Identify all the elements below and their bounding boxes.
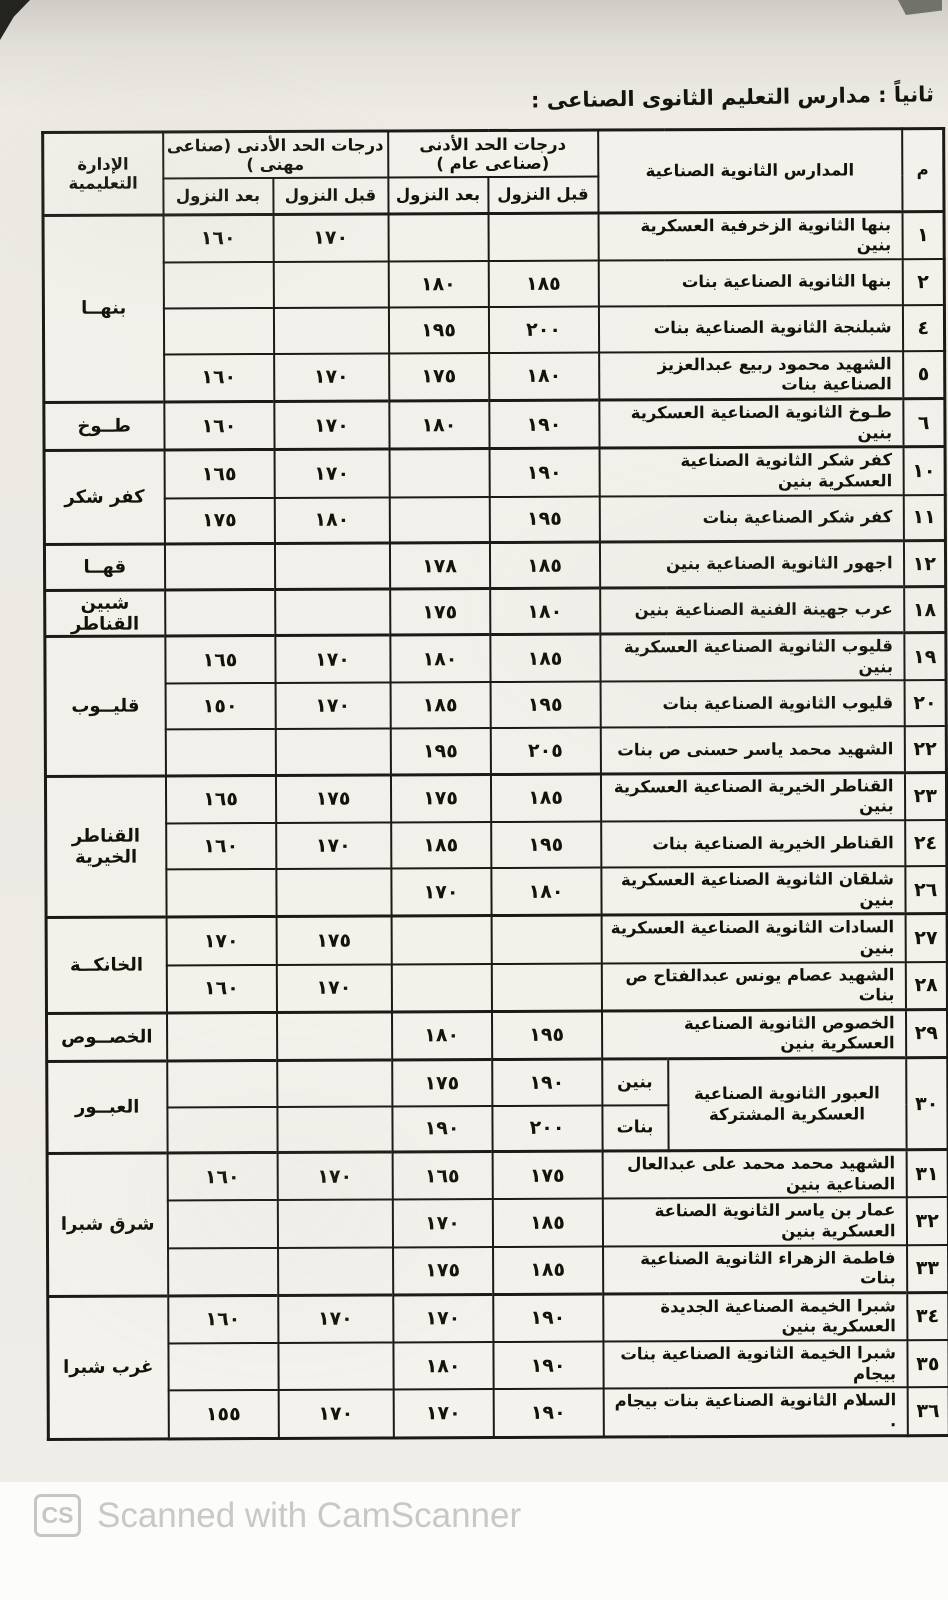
score-general-after-cell xyxy=(391,916,491,964)
score-vocational-before-cell: ١٧٠ xyxy=(275,635,390,683)
score-general-before-cell: ١٩٥ xyxy=(492,1011,602,1060)
school-name-cell: القناطر الخيرية الصناعية بنات xyxy=(601,820,905,867)
score-general-before-cell xyxy=(491,963,601,1011)
row-number-cell: ١٠ xyxy=(903,447,945,495)
score-general-before-cell: ١٩٠ xyxy=(493,1389,603,1437)
score-general-before-cell: ١٩٠ xyxy=(493,1342,603,1390)
score-general-after-cell: ١٨٥ xyxy=(390,682,490,728)
score-vocational-before-cell: ١٨٠ xyxy=(274,497,389,544)
table-row: ٣٤شبرا الخيمة الصناعية الجديدة العسكرية … xyxy=(48,1292,948,1344)
score-general-after-cell: ١٩٥ xyxy=(390,728,490,774)
admin-name-cell: الخصــوص xyxy=(46,1013,166,1062)
row-number-cell: ٢٧ xyxy=(905,914,947,962)
score-general-after-cell: ١٧٥ xyxy=(390,589,490,635)
score-vocational-after-cell xyxy=(164,543,274,589)
school-name-cell: عرب جهينة الفنية الصناعية بنين xyxy=(600,587,904,634)
table-row: ٢٦شلقان الثانوية الصناعية العسكرية بنين١… xyxy=(46,866,947,918)
row-number-cell: ٣٤ xyxy=(907,1292,948,1340)
score-vocational-before-cell: ١٧٠ xyxy=(277,1152,392,1200)
camscanner-footer: CS Scanned with CamScanner xyxy=(34,1494,521,1537)
score-general-after-cell: ١٨٠ xyxy=(393,1342,493,1390)
section-title: ثانياً : مدارس التعليم الثانوى الصناعى : xyxy=(454,82,934,114)
school-name-cell: طـوخ الثانوية الصناعية العسكرية بنين xyxy=(599,399,903,449)
score-general-before-cell: ١٨٥ xyxy=(489,542,599,588)
score-vocational-after-cell: ١٦٥ xyxy=(164,450,274,498)
row-number-cell: ٣٠ xyxy=(906,1058,948,1150)
score-vocational-before-cell xyxy=(277,1200,392,1248)
table-row: ٣٢عمار بن ياسر الثانوية الصناعة العسكرية… xyxy=(47,1197,948,1248)
score-general-after-cell: ١٧٠ xyxy=(392,1199,492,1247)
score-general-before-cell: ٢٠٠ xyxy=(492,1105,602,1151)
school-name-cell: شلقان الثانوية الصناعية العسكرية بنين xyxy=(601,866,905,915)
scan-artifact-top-right xyxy=(898,0,942,15)
score-vocational-after-cell: ١٦٠ xyxy=(163,214,273,262)
col-header-vocational-after: بعد النزول xyxy=(163,178,273,214)
row-number-cell: ٢٢ xyxy=(904,726,946,772)
row-number-cell: ٢٣ xyxy=(904,772,946,820)
score-general-after-cell xyxy=(389,449,489,497)
score-vocational-after-cell xyxy=(167,1060,277,1106)
score-general-before-cell: ٢٠٠ xyxy=(488,306,598,352)
table-row: ٣٥شبرا الخيمة الثانوية الصناعية بنات بيج… xyxy=(48,1340,948,1391)
score-vocational-after-cell: ١٦٠ xyxy=(168,1295,278,1343)
score-vocational-before-cell: ١٧٠ xyxy=(274,353,389,401)
school-name-cell: العبور الثانوية الصناعية العسكرية المشتر… xyxy=(668,1058,906,1151)
score-vocational-after-cell: ١٧٠ xyxy=(166,917,276,965)
table-row: ١١كفر شكر الصناعية بنات١٩٥١٨٠١٧٥ xyxy=(44,495,945,545)
col-header-schools: المدارس الثانوية الصناعية xyxy=(598,129,902,213)
row-number-cell: ١١ xyxy=(903,495,945,541)
score-vocational-after-cell: ١٦٠ xyxy=(167,1152,277,1200)
school-name-cell: شبرا الخيمة الصناعية الجديدة العسكرية بن… xyxy=(603,1292,907,1341)
col-header-number: م xyxy=(902,129,944,212)
row-number-cell: ٢٩ xyxy=(906,1009,948,1057)
table-row: ٢٩الخصوص الثانوية الصناعية العسكرية بنين… xyxy=(46,1009,947,1061)
score-general-before-cell: ١٩٥ xyxy=(491,822,601,868)
schools-table: م المدارس الثانوية الصناعية درجات الحد ا… xyxy=(41,127,948,1440)
table-row: ٥الشهيد محمود ربيع عبدالعزيز الصناعية بن… xyxy=(44,351,945,403)
score-general-after-cell: ١٩٠ xyxy=(392,1106,492,1152)
col-header-admin: الإدارة التعليمية xyxy=(43,132,163,215)
schools-table-wrapper: م المدارس الثانوية الصناعية درجات الحد ا… xyxy=(41,127,948,1440)
admin-name-cell: العبــور xyxy=(47,1061,167,1154)
score-general-before-cell: ١٩٠ xyxy=(489,448,599,496)
col-header-general-after: بعد النزول xyxy=(388,177,488,213)
row-number-cell: ٣٥ xyxy=(907,1340,948,1387)
table-row: ١٢اجهور الثانوية الصناعية بنين١٨٥١٧٨قهــ… xyxy=(44,541,945,591)
score-vocational-before-cell xyxy=(278,1247,393,1295)
table-header: م المدارس الثانوية الصناعية درجات الحد ا… xyxy=(43,129,944,215)
school-name-cell: شبرا الخيمة الثانوية الصناعية بنات بيجام xyxy=(603,1340,907,1389)
admin-name-cell: غرب شبرا xyxy=(48,1296,169,1439)
row-number-cell: ٢٦ xyxy=(905,866,947,914)
score-general-before-cell: ١٨٥ xyxy=(490,634,600,682)
school-name-cell: بنها الثانوية الزخرفية العسكرية بنين xyxy=(598,211,902,260)
table-row: ٦طـوخ الثانوية الصناعية العسكرية بنين١٩٠… xyxy=(44,399,945,451)
score-vocational-before-cell xyxy=(277,1012,392,1061)
row-number-cell: ٢٠ xyxy=(904,680,946,726)
score-general-after-cell: ١٧٥ xyxy=(392,1060,492,1106)
score-vocational-before-cell xyxy=(275,729,390,776)
score-general-before-cell: ١٨٥ xyxy=(490,774,600,822)
score-vocational-before-cell: ١٧٥ xyxy=(275,775,390,823)
score-general-after-cell: ١٧٥ xyxy=(393,1247,493,1295)
row-number-cell: ١٨ xyxy=(904,587,946,633)
score-general-before-cell: ١٧٥ xyxy=(492,1151,602,1199)
gender-cell: بنات xyxy=(602,1105,668,1151)
score-vocational-before-cell xyxy=(278,1342,393,1390)
school-name-cell: فاطمة الزهراء الثانوية الصناعية بنات xyxy=(603,1245,907,1294)
row-number-cell: ٤ xyxy=(902,305,944,351)
score-vocational-before-cell xyxy=(276,868,391,916)
score-general-before-cell: ٢٠٥ xyxy=(490,728,600,774)
admin-name-cell: الخانكــة xyxy=(46,917,166,1013)
score-vocational-after-cell xyxy=(168,1343,278,1391)
table-row: ١٠كفر شكر الثانوية الصناعية العسكرية بني… xyxy=(44,447,945,499)
row-number-cell: ١٩ xyxy=(904,633,946,681)
score-vocational-after-cell: ١٦٠ xyxy=(164,354,274,402)
score-general-after-cell: ١٧٥ xyxy=(389,353,489,401)
score-general-after-cell: ١٧٥ xyxy=(390,774,490,822)
gender-cell: بنين xyxy=(602,1059,668,1105)
score-general-after-cell: ١٨٠ xyxy=(388,261,488,307)
camscanner-logo-icon: CS xyxy=(34,1494,81,1537)
row-number-cell: ١٢ xyxy=(903,541,945,587)
score-general-before-cell: ١٨٠ xyxy=(490,588,600,634)
table-row: ٣٠العبور الثانوية الصناعية العسكرية المش… xyxy=(47,1058,948,1108)
row-number-cell: ٣٦ xyxy=(907,1387,948,1435)
score-vocational-after-cell xyxy=(165,589,275,635)
admin-name-cell: بنهــا xyxy=(43,214,164,402)
row-number-cell: ٣٣ xyxy=(907,1245,948,1293)
school-name-cell: عمار بن ياسر الثانوية الصناعة العسكرية ب… xyxy=(602,1197,906,1246)
score-general-before-cell xyxy=(488,213,598,261)
admin-name-cell: قهــا xyxy=(44,544,164,591)
score-vocational-after-cell: ١٦٥ xyxy=(165,775,275,823)
score-general-after-cell: ١٨٠ xyxy=(390,635,490,683)
score-vocational-before-cell xyxy=(277,1060,392,1107)
table-row: ٣٦السلام الثانوية الصناعية بنات بيجام .١… xyxy=(48,1387,948,1439)
table-row: ٢بنها الثانوية الصناعية بنات١٨٥١٨٠ xyxy=(43,259,944,309)
score-general-after-cell: ١٧٠ xyxy=(393,1294,493,1342)
school-name-cell: اجهور الثانوية الصناعية بنين xyxy=(599,541,903,588)
table-row: ٢٠قليوب الثانوية الصناعية بنات١٩٥١٨٥١٧٠١… xyxy=(45,680,946,730)
score-general-after-cell xyxy=(389,497,489,543)
score-general-before-cell: ١٩٠ xyxy=(492,1059,602,1105)
score-vocational-before-cell: ١٧٠ xyxy=(274,401,389,450)
score-vocational-after-cell: ١٦٠ xyxy=(166,964,276,1012)
score-general-before-cell: ١٨٠ xyxy=(489,352,599,400)
table-row: ٢٧السادات الثانوية الصناعية العسكرية بني… xyxy=(46,914,947,966)
row-number-cell: ٣٢ xyxy=(906,1197,948,1244)
score-vocational-after-cell: ١٦٠ xyxy=(164,401,274,450)
table-row: ١٨عرب جهينة الفنية الصناعية بنين١٨٠١٧٥شب… xyxy=(45,587,946,637)
row-number-cell: ٣١ xyxy=(906,1150,948,1198)
admin-name-cell: القناطر الخيرية xyxy=(45,776,166,918)
score-vocational-after-cell xyxy=(165,729,275,775)
score-vocational-after-cell: ١٥٠ xyxy=(165,683,275,729)
score-general-before-cell xyxy=(491,915,601,963)
col-header-general-group: درجات الحد الأدنى (صناعى عام ) xyxy=(388,130,598,177)
score-general-after-cell: ١٦٥ xyxy=(392,1152,492,1200)
score-general-before-cell: ١٩٥ xyxy=(489,496,599,542)
score-general-after-cell: ١٧٨ xyxy=(389,543,489,589)
score-general-after-cell: ١٨٠ xyxy=(392,1011,492,1060)
school-name-cell: الخصوص الثانوية الصناعية العسكرية بنين xyxy=(602,1009,906,1059)
school-name-cell: الشهيد محمد ياسر حسنى ص بنات xyxy=(600,726,904,773)
score-general-before-cell: ١٩٥ xyxy=(490,682,600,728)
score-vocational-before-cell: ١٧٠ xyxy=(278,1390,393,1438)
score-general-after-cell: ١٩٥ xyxy=(388,307,488,353)
score-vocational-after-cell xyxy=(163,262,273,308)
school-name-cell: الشهيد عصام يونس عبدالفتاح ص بنات xyxy=(601,962,905,1011)
score-vocational-after-cell xyxy=(167,1106,277,1152)
row-number-cell: ٦ xyxy=(903,399,945,447)
admin-name-cell: كفر شكر xyxy=(44,450,164,544)
table-body: ١بنها الثانوية الزخرفية العسكرية بنين١٧٠… xyxy=(43,211,948,1439)
col-header-general-before: قبل النزول xyxy=(488,177,598,213)
row-number-cell: ٥ xyxy=(903,351,945,399)
score-general-before-cell: ١٨٥ xyxy=(492,1199,602,1247)
table-row: ٣١الشهيد محمد محمد على عبدالعال الصناعية… xyxy=(47,1150,948,1202)
score-vocational-before-cell: ١٧٠ xyxy=(274,449,389,497)
score-vocational-after-cell: ١٦٠ xyxy=(166,823,276,869)
score-vocational-before-cell: ١٧٠ xyxy=(275,683,390,730)
score-vocational-after-cell xyxy=(163,308,273,354)
score-general-after-cell xyxy=(391,964,491,1012)
admin-name-cell: شرق شبرا xyxy=(47,1153,168,1296)
score-vocational-after-cell xyxy=(167,1200,277,1248)
score-vocational-after-cell: ١٧٥ xyxy=(164,497,274,543)
table-row: ٤شبلنجة الثانوية الصناعية بنات٢٠٠١٩٥ xyxy=(43,305,944,355)
score-general-before-cell: ١٩٠ xyxy=(489,400,599,449)
camscanner-watermark-text: Scanned with CamScanner xyxy=(97,1496,521,1536)
score-general-after-cell: ١٨٠ xyxy=(389,401,489,450)
score-vocational-after-cell xyxy=(166,1012,276,1061)
admin-name-cell: شبين القناطر xyxy=(45,590,165,637)
score-general-after-cell: ١٨٥ xyxy=(391,822,491,868)
school-name-cell: السلام الثانوية الصناعية بنات بيجام . xyxy=(603,1387,907,1436)
row-number-cell: ٢٤ xyxy=(905,820,947,866)
table-row: ٢٢الشهيد محمد ياسر حسنى ص بنات٢٠٥١٩٥ xyxy=(45,726,946,776)
table-row: ٣٣فاطمة الزهراء الثانوية الصناعية بنات١٨… xyxy=(48,1245,948,1297)
score-general-before-cell: ١٨٠ xyxy=(491,868,601,916)
score-vocational-before-cell xyxy=(274,543,389,590)
school-name-cell: بنها الثانوية الصناعية بنات xyxy=(598,259,902,306)
school-name-cell: قليوب الثانوية الصناعية بنات xyxy=(600,680,904,727)
score-general-before-cell: ١٨٥ xyxy=(488,260,598,306)
row-number-cell: ١ xyxy=(902,211,944,259)
score-general-after-cell: ١٧٠ xyxy=(393,1389,493,1437)
score-vocational-before-cell: ١٧٠ xyxy=(276,964,391,1012)
row-number-cell: ٢٨ xyxy=(905,962,947,1010)
school-name-cell: شبلنجة الثانوية الصناعية بنات xyxy=(598,305,902,352)
table-row: ٢٤القناطر الخيرية الصناعية بنات١٩٥١٨٥١٧٠… xyxy=(46,820,947,870)
school-name-cell: القناطر الخيرية الصناعية العسكرية بنين xyxy=(600,772,904,821)
table-row: ٢٨الشهيد عصام يونس عبدالفتاح ص بنات١٧٠١٦… xyxy=(46,962,947,1014)
col-header-vocational-before: قبل النزول xyxy=(273,177,388,214)
score-vocational-before-cell: ١٧٥ xyxy=(276,916,391,964)
score-vocational-after-cell: ١٦٥ xyxy=(165,635,275,683)
score-vocational-before-cell: ١٧٠ xyxy=(278,1295,393,1343)
col-header-vocational-group: درجات الحد الأدنى (صناعى مهنى ) xyxy=(163,131,388,178)
score-general-before-cell: ١٨٥ xyxy=(493,1246,603,1294)
scan-artifact-top-left xyxy=(0,0,30,40)
score-vocational-after-cell: ١٥٥ xyxy=(168,1390,278,1438)
score-vocational-before-cell xyxy=(275,589,390,636)
score-general-after-cell: ١٧٠ xyxy=(391,868,491,916)
school-name-cell: قليوب الثانوية الصناعية العسكرية بنين xyxy=(600,633,904,682)
scanned-page: ثانياً : مدارس التعليم الثانوى الصناعى :… xyxy=(0,0,948,1600)
score-vocational-after-cell xyxy=(166,869,276,917)
admin-name-cell: طــوخ xyxy=(44,402,164,451)
score-general-before-cell: ١٩٠ xyxy=(493,1294,603,1342)
score-vocational-after-cell xyxy=(168,1247,278,1295)
row-number-cell: ٢ xyxy=(902,259,944,305)
score-vocational-before-cell: ١٧٠ xyxy=(273,213,388,261)
admin-name-cell: قليــوب xyxy=(45,636,166,776)
table-row: ١بنها الثانوية الزخرفية العسكرية بنين١٧٠… xyxy=(43,211,944,263)
table-row: ١٩قليوب الثانوية الصناعية العسكرية بنين١… xyxy=(45,633,946,685)
school-name-cell: الشهيد محمد محمد على عبدالعال الصناعية ب… xyxy=(602,1150,906,1199)
score-general-after-cell xyxy=(388,213,488,261)
score-vocational-before-cell xyxy=(273,261,388,308)
school-name-cell: كفر شكر الصناعية بنات xyxy=(599,495,903,542)
school-name-cell: السادات الثانوية الصناعية العسكرية بنين xyxy=(601,914,905,963)
score-vocational-before-cell xyxy=(273,307,388,354)
table-row: ٢٣القناطر الخيرية الصناعية العسكرية بنين… xyxy=(45,772,946,824)
score-vocational-before-cell xyxy=(277,1106,392,1153)
school-name-cell: الشهيد محمود ربيع عبدالعزيز الصناعية بنا… xyxy=(599,351,903,400)
score-vocational-before-cell: ١٧٠ xyxy=(276,822,391,869)
school-name-cell: كفر شكر الثانوية الصناعية العسكرية بنين xyxy=(599,447,903,496)
